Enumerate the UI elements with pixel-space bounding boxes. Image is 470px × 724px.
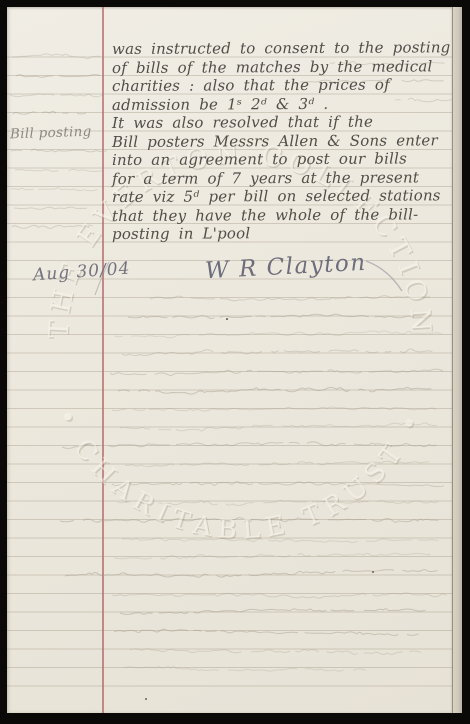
manuscript-line: charities : also that the prices of (112, 76, 390, 95)
manuscript-line: rate viz 5ᵈ per bill on selected station… (112, 186, 441, 206)
manuscript-line: It was also resolved that if the (112, 113, 373, 132)
dust-speck (372, 571, 374, 573)
manuscript-line: Bill posters Messrs Allen & Sons enter (112, 131, 438, 151)
page-edge-stack (453, 7, 462, 713)
margin-note: Bill posting (10, 124, 92, 143)
manuscript-line: was instructed to consent to the posting (112, 38, 451, 58)
red-margin-rule (102, 7, 104, 713)
dust-speck (145, 698, 147, 700)
manuscript-line: into an agreement to post our bills (112, 149, 407, 169)
manuscript-line: of bills of the matches by the medical (112, 57, 433, 77)
scan-background: { "document": { "margin_note": "Bill pos… (0, 0, 470, 724)
manuscript-line: admission be 1ˢ 2ᵈ & 3ᵈ . (112, 94, 328, 113)
manuscript-line: that they have the whole of the bill- (112, 205, 419, 225)
manuscript-line: posting in L'pool (112, 224, 250, 243)
manuscript-line: for a term of 7 years at the present (112, 168, 419, 188)
dust-speck (226, 318, 228, 320)
